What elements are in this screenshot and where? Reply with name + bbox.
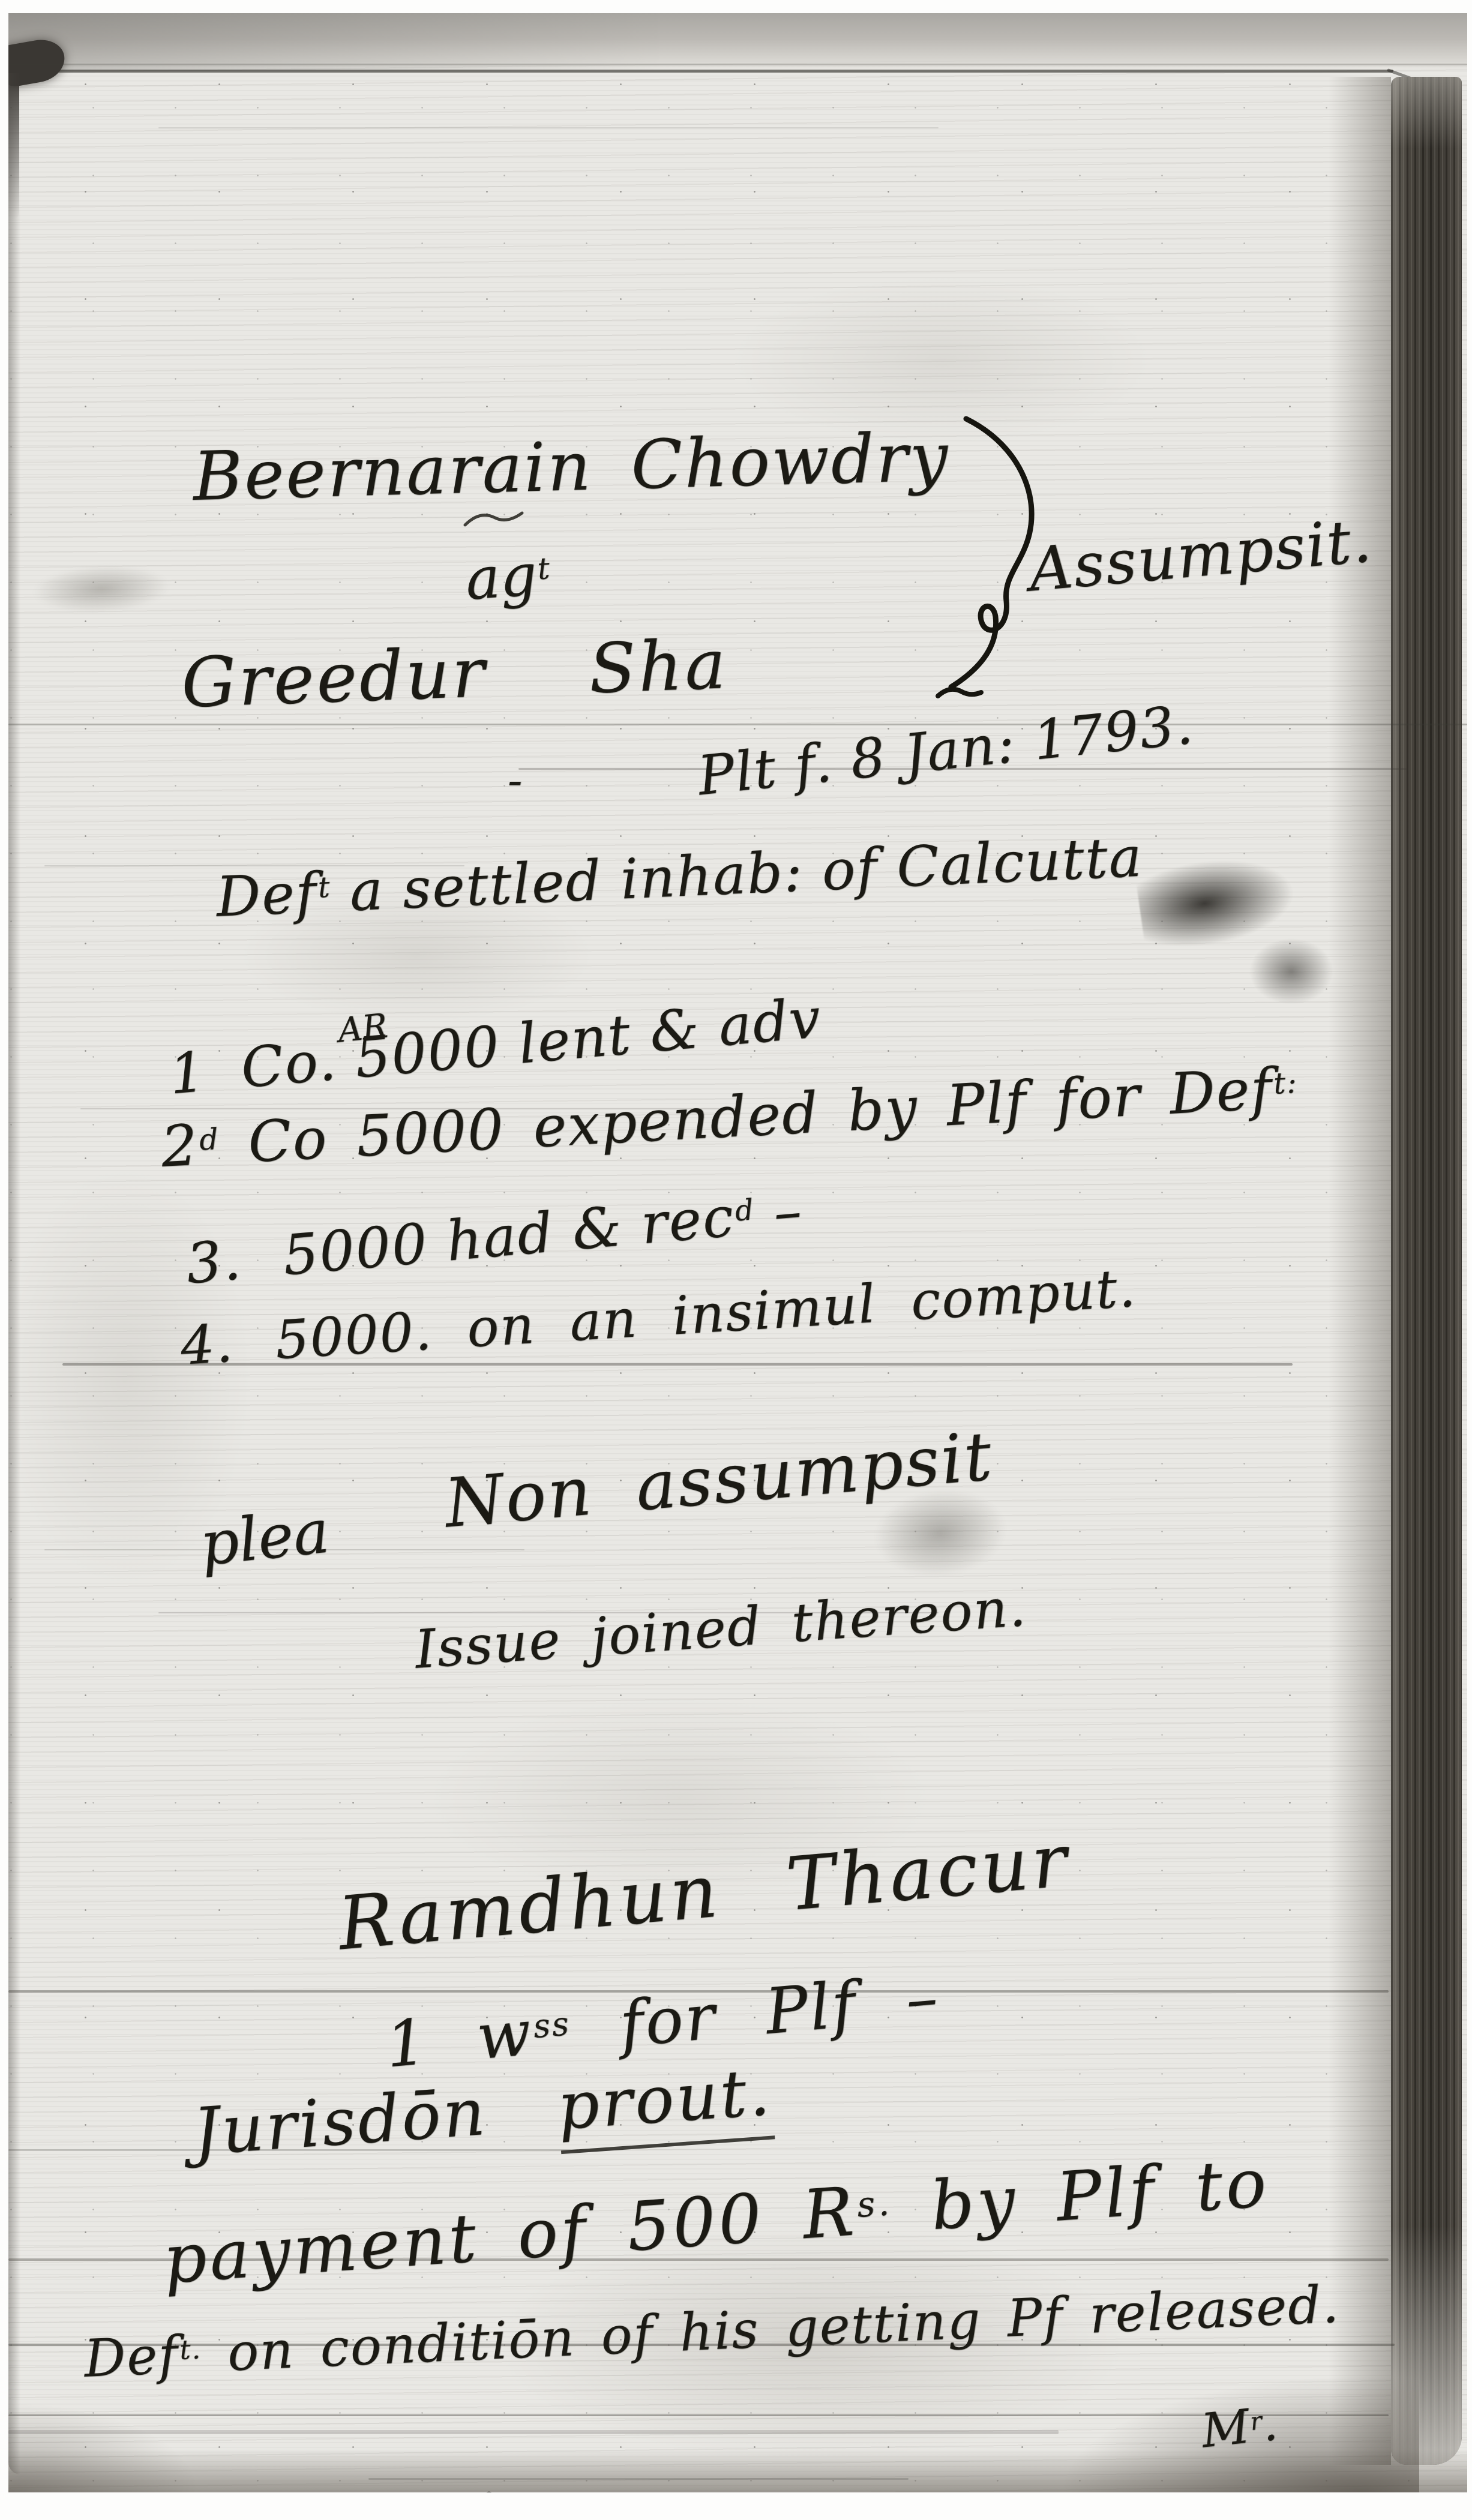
fore-edge-shadow bbox=[1329, 77, 1391, 2465]
count-1-number: 1 bbox=[167, 1040, 209, 1107]
pen-dash: - bbox=[508, 755, 522, 805]
scan-streak bbox=[8, 64, 1467, 65]
plea-label: plea bbox=[197, 1496, 332, 1580]
count-3-number: 3. bbox=[184, 1228, 244, 1297]
versus-superscript: t bbox=[536, 551, 551, 586]
page-top-shadow-band bbox=[8, 13, 1467, 71]
page-top-edge-line bbox=[8, 70, 1393, 73]
abbreviation-flourish-icon bbox=[462, 507, 540, 531]
witness-note-base: 1 w bbox=[383, 1996, 536, 2082]
versus-base: ag bbox=[463, 541, 539, 613]
count-2-superscript: t: bbox=[1273, 1065, 1299, 1100]
pencil-smudge bbox=[31, 562, 172, 617]
manuscript-scan: { "header": { "plaintiff": "Beernarain C… bbox=[0, 0, 1472, 2520]
residence-base: Def bbox=[215, 861, 319, 929]
scan-streak bbox=[8, 2430, 1059, 2434]
scan-streak bbox=[158, 127, 939, 128]
jurisdiction-result: prout. bbox=[555, 2055, 775, 2155]
scan-streak bbox=[368, 2478, 909, 2480]
count-3-tail: – bbox=[752, 1178, 805, 1247]
residence-superscript: t bbox=[317, 871, 332, 905]
book-fore-edge bbox=[1391, 77, 1462, 2465]
count-4-number: 4. bbox=[179, 1312, 235, 1377]
clerk-initials: Mr. bbox=[1199, 2397, 1280, 2459]
ink-blot bbox=[1249, 938, 1333, 1004]
witness-note-superscript: ss bbox=[532, 2004, 572, 2045]
count-2-number: 2 bbox=[160, 1113, 200, 1180]
page-paper: Beernarain Chowdry agt Assumpsit. Greedu… bbox=[8, 13, 1467, 2492]
clerk-initials-base: M bbox=[1199, 2400, 1252, 2459]
left-edge-vignette bbox=[8, 73, 20, 2474]
scan-streak bbox=[8, 2414, 1389, 2416]
condition-superscript: t. bbox=[179, 2333, 202, 2366]
count-3-superscript: d bbox=[734, 1193, 756, 1228]
count-2-ordinal-superscript: d bbox=[199, 1121, 220, 1157]
scan-streak bbox=[8, 724, 1467, 725]
payment-superscript: s. bbox=[856, 2182, 894, 2225]
versus-abbreviation: agt bbox=[463, 540, 552, 613]
condition-base: Def bbox=[83, 2325, 180, 2389]
